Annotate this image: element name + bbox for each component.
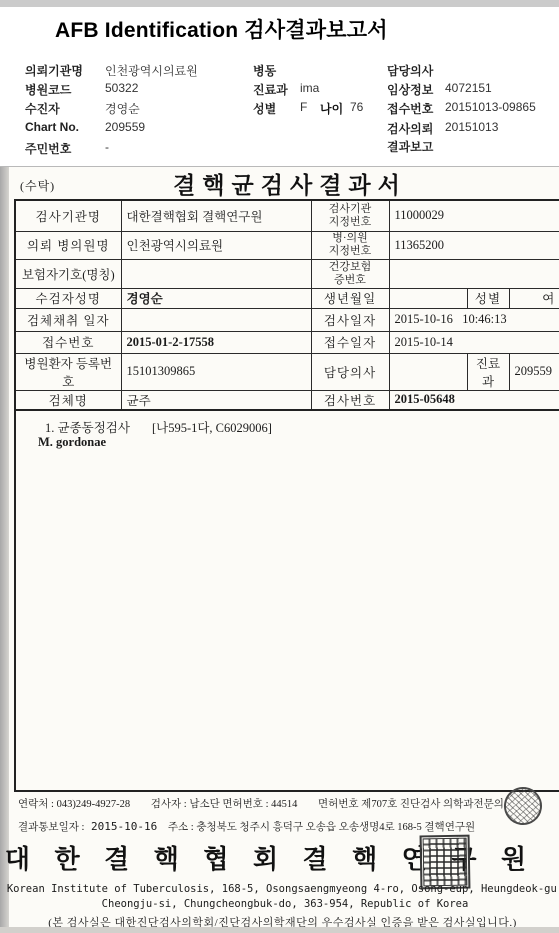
- report-date-value: 2015-10-16: [91, 820, 157, 833]
- table-row: 검체채취 일자 검사일자 2015-10-16 10:46:13: [15, 308, 559, 331]
- info-row: 진료과ima: [253, 81, 288, 98]
- info-row: 수진자경영순: [25, 100, 60, 117]
- top-gray-bar: [0, 0, 559, 7]
- institute-address: 주소 : 충청북도 청주시 흥덕구 오송읍 오송생명4로 168-5 결핵연구원: [168, 822, 475, 833]
- info-row: Chart No.209559: [25, 120, 79, 134]
- result-section: 1. 균종동정검사[나595-1다, C6029006] M. gordonae: [14, 391, 559, 792]
- document-title: 결핵균검사결과서: [0, 167, 559, 200]
- report-date-label: 결과통보일자 :: [18, 822, 84, 833]
- scan-left-edge: [0, 167, 9, 933]
- institute-square-seal-stamp: [420, 835, 471, 890]
- contact-phone: 연락처 : 043)249-4927-28: [18, 799, 130, 810]
- table-row: 접수번호 2015-01-2-17558 접수일자 2015-10-14: [15, 331, 559, 353]
- institute-address-en-1: Korean Institute of Tuberculosis, 168-5,…: [0, 883, 559, 895]
- info-row: 검사의뢰20151013: [387, 120, 433, 137]
- footer-contact-line: 연락처 : 043)249-4927-28 검사자 : 남소단 면허번호 : 4…: [18, 796, 522, 811]
- table-row: 수검자성명 경영순 생년월일 성별 여: [15, 288, 559, 308]
- institute-address-en-2: Cheongju-si, Chungcheongbuk-do, 363-954,…: [0, 898, 559, 910]
- table-row: 의뢰 병의원명 인천광역시의료원 병·의원 지정번호 11365200: [15, 231, 559, 259]
- report-screenshot: AFB Identification 검사결과보고서 의뢰기관명인천광역시의료원…: [0, 0, 559, 933]
- info-row: 성별F나이76: [253, 100, 276, 117]
- info-row: 병원코드50322: [25, 81, 71, 98]
- info-row: 병동: [253, 62, 276, 79]
- result-organism: M. gordonae: [38, 435, 106, 450]
- page-title: AFB Identification 검사결과보고서: [55, 14, 388, 44]
- table-row: 검사기관명 대한결핵협회 결핵연구원 검사기관 지정번호 11000029: [15, 200, 559, 231]
- scan-bottom-edge: [0, 927, 559, 933]
- specialist-license: 면허번호 제707호 진단검사 의학과전문의: [318, 799, 504, 810]
- table-row: 보험자기호(명칭) 건강보험 증번호: [15, 259, 559, 288]
- result-test-name: 1. 균종동정검사: [45, 421, 130, 435]
- scanned-tb-report: (수탁) 결핵균검사결과서 검사기관명 대한결핵협회 결핵연구원 검사기관 지정…: [0, 166, 559, 933]
- result-test-code: [나595-1다, C6029006]: [152, 421, 272, 435]
- info-row: 담당의사: [387, 62, 433, 79]
- table-row: 병원환자 등록번호 15101309865 담당의사 진료과 209559: [15, 353, 559, 390]
- footer-date-address-line: 결과통보일자 : 2015-10-16 주소 : 충청북도 청주시 흥덕구 오송…: [18, 819, 475, 834]
- examiner-info: 검사자 : 남소단 면허번호 : 44514: [151, 799, 298, 810]
- info-row: 주민번호-: [25, 140, 71, 157]
- info-row: 임상정보4072151: [387, 81, 433, 98]
- info-row: 의뢰기관명인천광역시의료원: [25, 62, 83, 79]
- report-table: 검사기관명 대한결핵협회 결핵연구원 검사기관 지정번호 11000029 의뢰…: [14, 199, 559, 411]
- info-row: 접수번호20151013-09865: [387, 100, 433, 117]
- info-row: 결과보고: [387, 138, 433, 155]
